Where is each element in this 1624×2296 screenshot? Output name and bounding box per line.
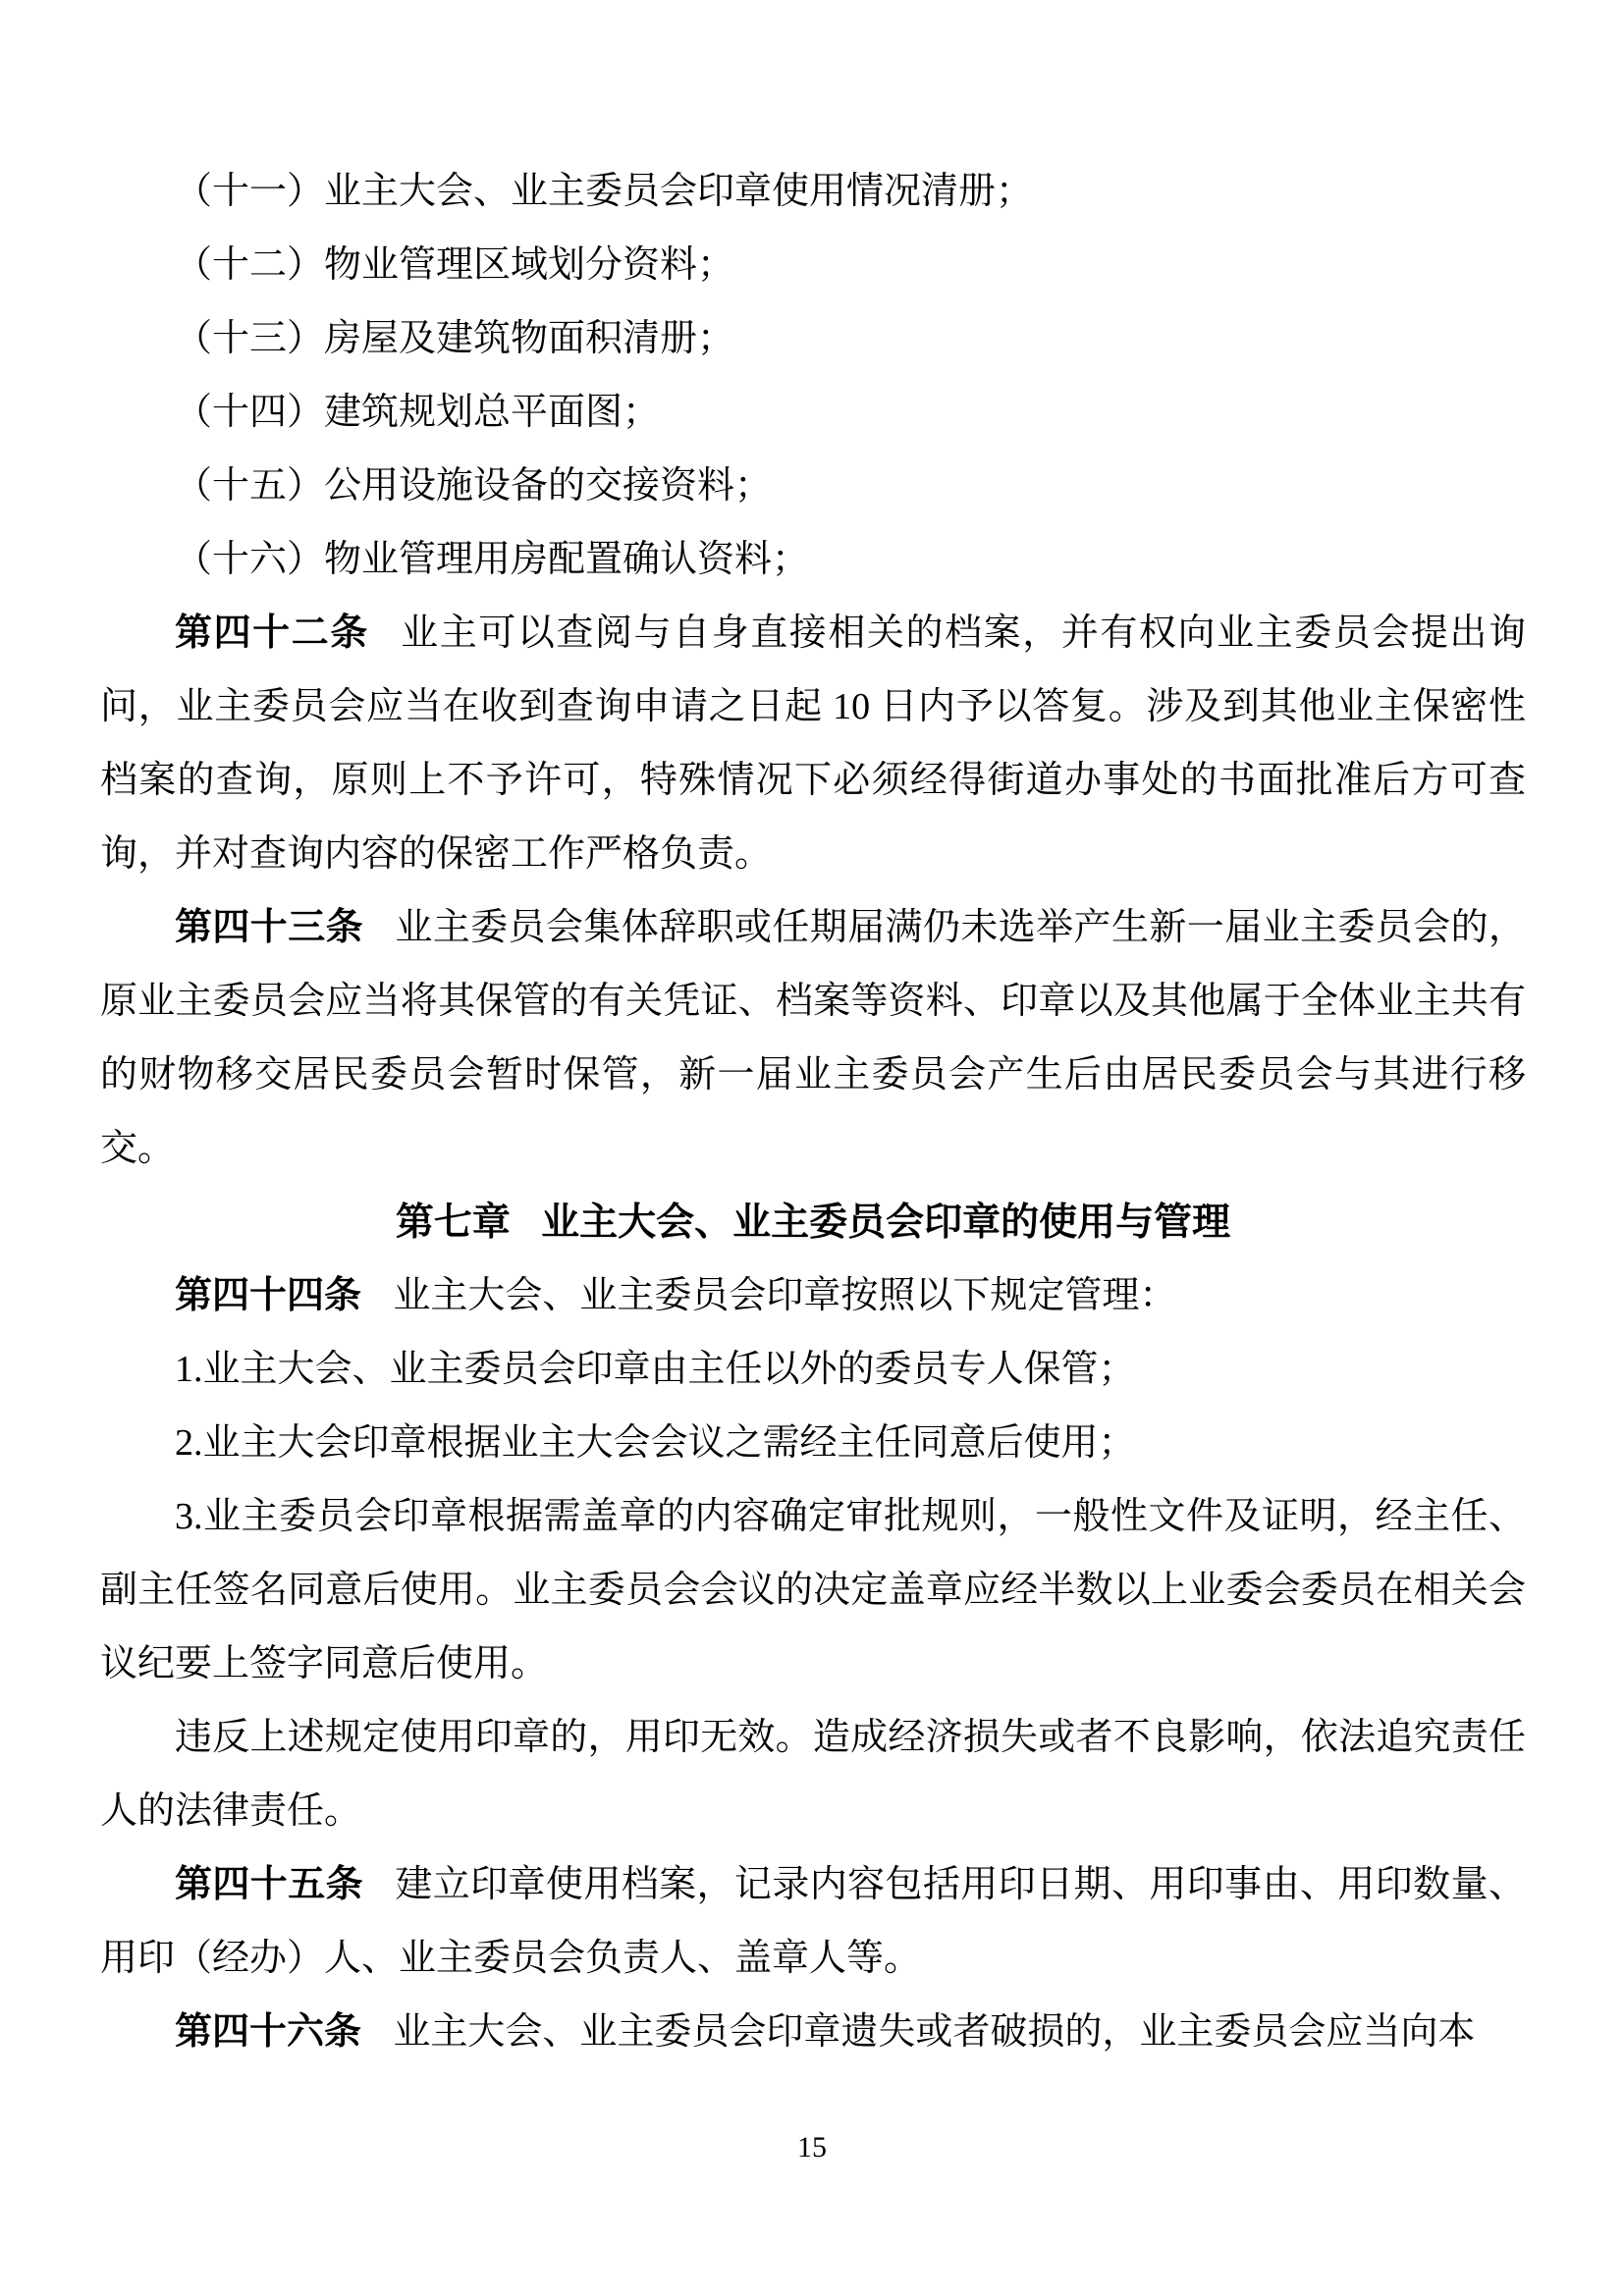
article-paragraph: 第四十六条业主大会、业主委员会印章遗失或者破损的，业主委员会应当向本: [100, 1996, 1526, 2069]
article-text: 业主大会、业主委员会印章按照以下规定管理：: [393, 1275, 1176, 1316]
article-paragraph: 第四十二条业主可以查阅与自身直接相关的档案，并有权向业主委员会提出询问，业主委员…: [100, 597, 1526, 891]
article-paragraph: 第四十五条建立印章使用档案，记录内容包括用印日期、用印事由、用印数量、用印（经办…: [100, 1848, 1526, 1996]
article-number: 第四十五条: [175, 1864, 363, 1905]
list-item: （十五）公用设施设备的交接资料；: [100, 450, 1526, 523]
chapter-title: 业主大会、业主委员会印章的使用与管理: [541, 1201, 1230, 1244]
article-number: 第四十四条: [175, 1275, 361, 1316]
page-footer: 15: [0, 2128, 1624, 2167]
list-item: （十一）业主大会、业主委员会印章使用情况清册；: [100, 155, 1526, 229]
paragraph-text: 3.业主委员会印章根据需盖章的内容确定审批规则，一般性文件及证明，经主任、副主任…: [100, 1496, 1526, 1684]
paragraph-text: （十三）房屋及建筑物面积清册；: [175, 318, 734, 359]
list-item: （十三）房屋及建筑物面积清册；: [100, 302, 1526, 376]
paragraph-text: （十一）业主大会、业主委员会印章使用情况清册；: [175, 171, 1033, 212]
article-paragraph: 第四十三条业主委员会集体辞职或任期届满仍未选举产生新一届业主委员会的，原业主委员…: [100, 891, 1526, 1186]
chapter-number: 第七章: [396, 1201, 511, 1244]
paragraph-text: （十四）建筑规划总平面图；: [175, 392, 660, 433]
document-page: （十一）业主大会、业主委员会印章使用情况清册；（十二）物业管理区域划分资料；（十…: [0, 0, 1624, 2296]
page-number: 15: [797, 2131, 827, 2163]
paragraph-text: 2.业主大会印章根据业主大会会议之需经主任同意后使用；: [175, 1422, 1136, 1464]
article-paragraph: 第四十四条业主大会、业主委员会印章按照以下规定管理：: [100, 1259, 1526, 1333]
paragraph-text: 违反上述规定使用印章的，用印无效。造成经济损失或者不良影响，依法追究责任人的法律…: [100, 1717, 1526, 1832]
list-item: （十六）物业管理用房配置确认资料；: [100, 523, 1526, 597]
chapter-heading: 第七章业主大会、业主委员会印章的使用与管理: [100, 1186, 1526, 1259]
paragraph-text: 1.业主大会、业主委员会印章由主任以外的委员专人保管；: [175, 1349, 1136, 1390]
article-number: 第四十三条: [175, 907, 363, 948]
article-text: 业主大会、业主委员会印章遗失或者破损的，业主委员会应当向本: [393, 2011, 1475, 2053]
article-number: 第四十二条: [175, 613, 369, 654]
paragraph-text: （十六）物业管理用房配置确认资料；: [175, 539, 809, 580]
paragraph-text: （十二）物业管理区域划分资料；: [175, 244, 734, 286]
article-number: 第四十六条: [175, 2011, 361, 2053]
document-body: （十一）业主大会、业主委员会印章使用情况清册；（十二）物业管理区域划分资料；（十…: [100, 155, 1526, 2069]
paragraph: 1.业主大会、业主委员会印章由主任以外的委员专人保管；: [100, 1333, 1526, 1407]
paragraph-text: （十五）公用设施设备的交接资料；: [175, 465, 772, 507]
paragraph: 3.业主委员会印章根据需盖章的内容确定审批规则，一般性文件及证明，经主任、副主任…: [100, 1480, 1526, 1701]
paragraph: 违反上述规定使用印章的，用印无效。造成经济损失或者不良影响，依法追究责任人的法律…: [100, 1701, 1526, 1848]
paragraph: 2.业主大会印章根据业主大会会议之需经主任同意后使用；: [100, 1407, 1526, 1480]
list-item: （十二）物业管理区域划分资料；: [100, 229, 1526, 302]
list-item: （十四）建筑规划总平面图；: [100, 376, 1526, 450]
